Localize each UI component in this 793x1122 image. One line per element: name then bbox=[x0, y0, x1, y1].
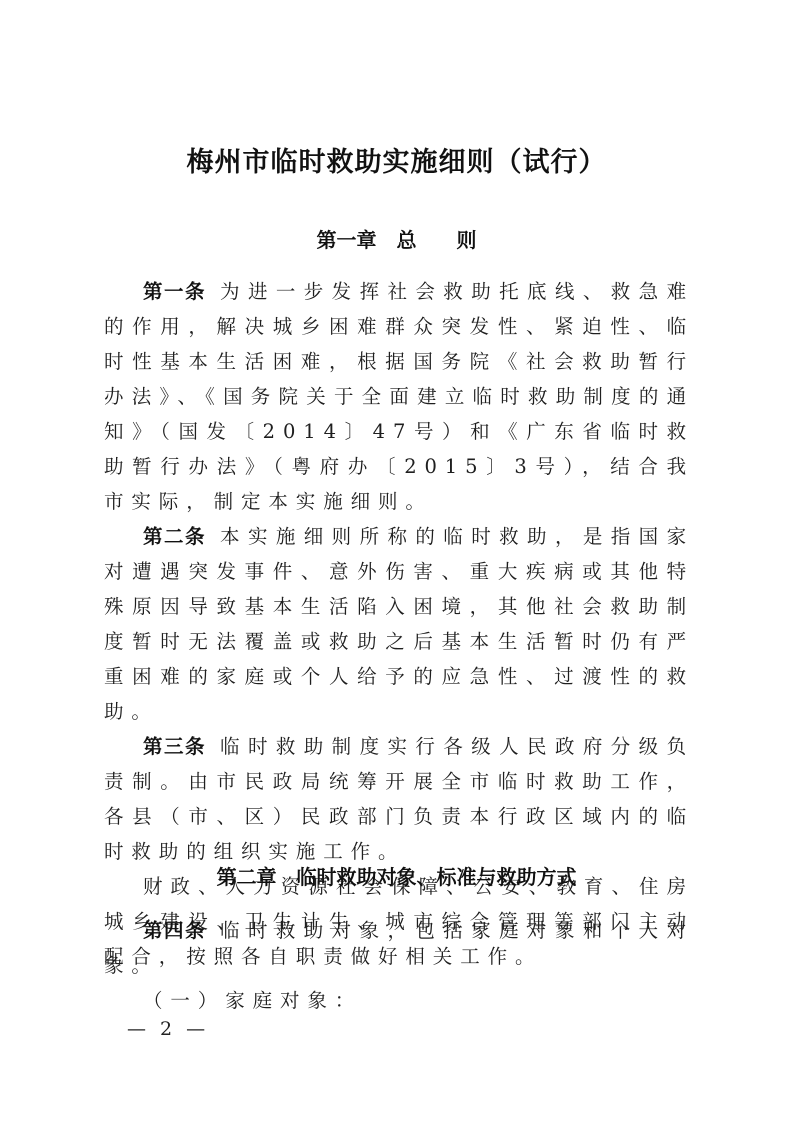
article-4-item-1: （一）家庭对象： bbox=[104, 983, 694, 1018]
article-1-label: 第一条 bbox=[143, 280, 206, 303]
page-number: — 2 — bbox=[127, 1018, 209, 1040]
article-1: 第一条为进一步发挥社会救助托底线、救急难的作用，解决城乡困难群众突发性、紧迫性、… bbox=[104, 274, 694, 519]
article-3: 第三条临时救助制度实行各级人民政府分级负责制。由市民政局统筹开展全市临时救助工作… bbox=[104, 729, 694, 869]
article-4: 第四条临时救助对象，包括家庭对象和个人对象。 bbox=[104, 913, 694, 983]
article-2-label: 第二条 bbox=[143, 525, 206, 548]
document-title: 梅州市临时救助实施细则（试行） bbox=[0, 143, 793, 183]
article-2: 第二条本实施细则所称的临时救助，是指国家对遭遇突发事件、意外伤害、重大疾病或其他… bbox=[104, 519, 694, 729]
article-4-item-1-text: （一）家庭对象： bbox=[143, 989, 362, 1012]
chapter-2-heading: 第二章 临时救助对象、标准与救助方式 bbox=[0, 862, 793, 892]
document-page: 梅州市临时救助实施细则（试行） 第一章 总 则 第一条为进一步发挥社会救助托底线… bbox=[0, 0, 793, 1122]
article-4-label: 第四条 bbox=[143, 919, 206, 942]
chapter-1-heading: 第一章 总 则 bbox=[0, 225, 793, 255]
article-3-label: 第三条 bbox=[143, 735, 206, 758]
chapter-2-body: 第四条临时救助对象，包括家庭对象和个人对象。 （一）家庭对象： bbox=[104, 913, 694, 1018]
article-2-text: 本实施细则所称的临时救助，是指国家对遭遇突发事件、意外伤害、重大疾病或其他特殊原… bbox=[104, 525, 694, 723]
article-1-text: 为进一步发挥社会救助托底线、救急难的作用，解决城乡困难群众突发性、紧迫性、临时性… bbox=[104, 280, 694, 513]
